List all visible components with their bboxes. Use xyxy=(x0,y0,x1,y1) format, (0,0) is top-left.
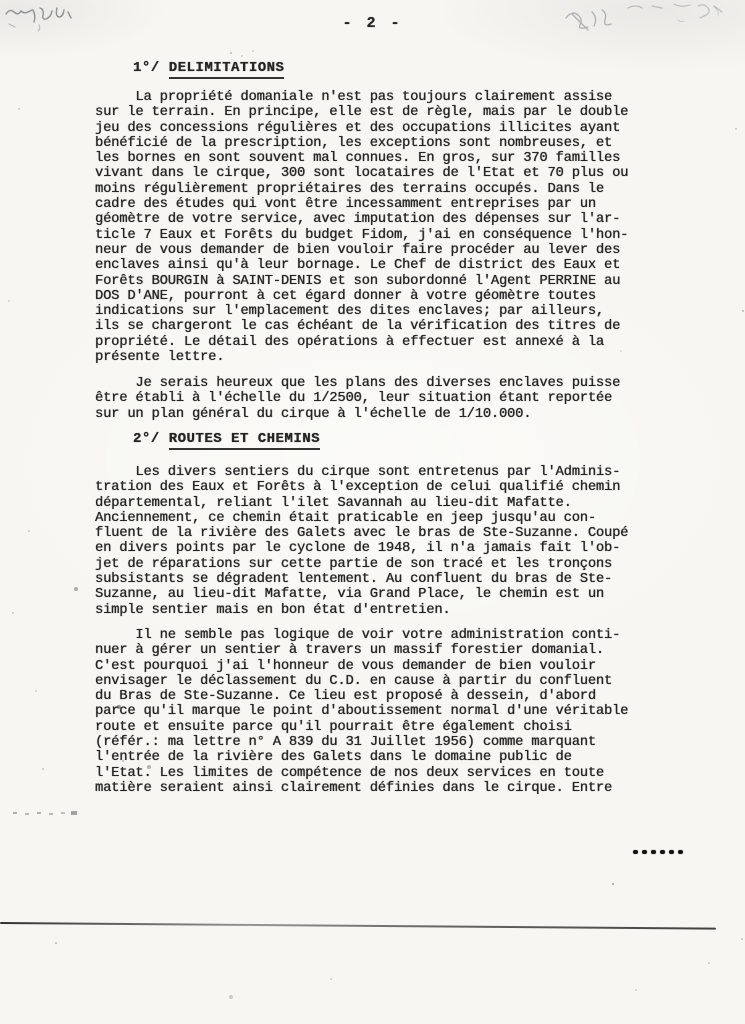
paragraph-delimitations-1: La propriété domaniale n'est pas toujour… xyxy=(95,90,628,365)
paragraph-routes-1: Les divers sentiers du cirque sont entre… xyxy=(95,465,628,618)
section-heading-delimitations: 1°/DELIMITATIONS xyxy=(133,60,284,76)
scan-artifact-dashes xyxy=(13,812,17,814)
paragraph-delimitations-2: Je serais heureux que les plans des dive… xyxy=(95,376,620,422)
section-title: DELIMITATIONS xyxy=(169,60,285,79)
section-title: ROUTES ET CHEMINS xyxy=(169,431,320,450)
divider-line xyxy=(0,922,716,930)
ellipsis-dots xyxy=(633,841,687,847)
section-heading-routes-et-chemins: 2°/ROUTES ET CHEMINS xyxy=(133,431,320,447)
scanned-letter-page: - 2 - 1°/DELIMITATIONS La propriété doma… xyxy=(0,0,745,1024)
section-number: 2°/ xyxy=(133,431,160,447)
paragraph-routes-2: Il ne semble pas logique de voir votre a… xyxy=(95,628,628,796)
scan-noise-speckles xyxy=(0,0,2,2)
section-number: 1°/ xyxy=(133,60,160,76)
page-number: - 2 - xyxy=(0,15,745,32)
